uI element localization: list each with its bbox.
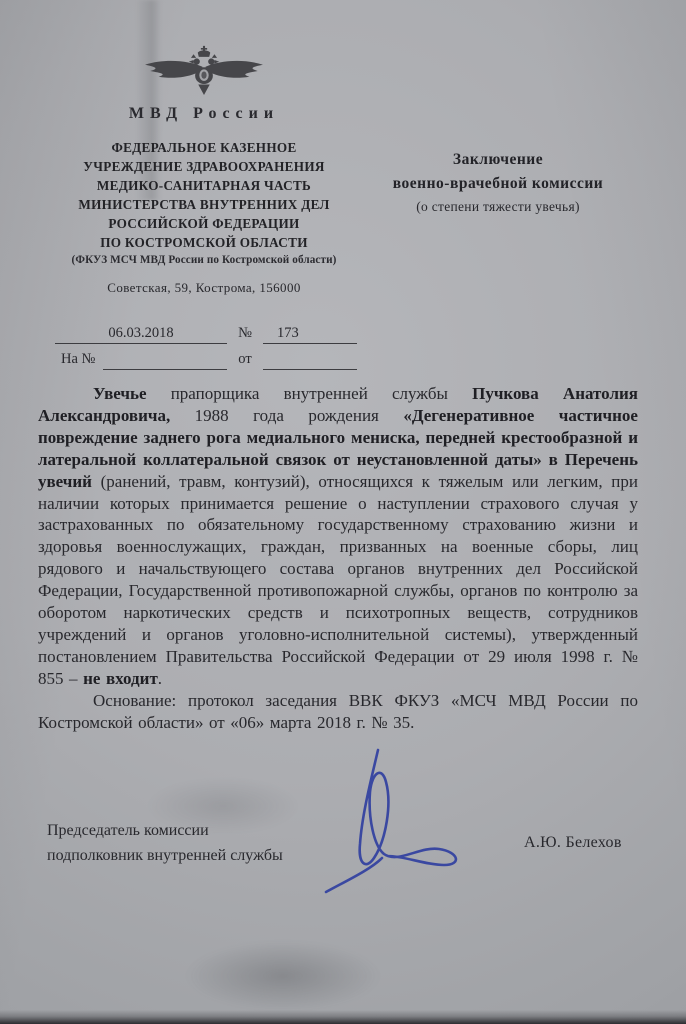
doc-number: 173 <box>277 325 299 341</box>
org-name-line: ФЕДЕРАЛЬНОЕ КАЗЕННОЕ <box>25 138 383 157</box>
org-name-line: ПО КОСТРОМСКОЙ ОБЛАСТИ <box>25 233 383 252</box>
doc-title-line2: военно-врачебной комиссии <box>378 172 618 196</box>
incoming-number-field <box>103 369 227 370</box>
reference-block: 06.03.2018 № 173 На № от <box>55 318 357 370</box>
doc-title-block: Заключение военно-врачебной комиссии (о … <box>378 148 618 215</box>
text-segment: . <box>158 669 162 688</box>
basis-paragraph: Основание: протокол заседания ВВК ФКУЗ «… <box>38 690 638 734</box>
doc-date: 06.03.2018 <box>108 325 173 341</box>
org-name-line: УЧРЕЖДЕНИЕ ЗДРАВООХРАНЕНИЯ <box>25 157 383 176</box>
signer-role-block: Председатель комиссии подполковник внутр… <box>47 819 283 868</box>
org-name-line: МИНИСТЕРСТВА ВНУТРЕННИХ ДЕЛ <box>25 195 383 214</box>
doc-date-field: 06.03.2018 <box>55 325 227 344</box>
text-segment: не входит <box>83 669 158 688</box>
letterhead-left-column: МВД России ФЕДЕРАЛЬНОЕ КАЗЕННОЕ УЧРЕЖДЕН… <box>25 44 383 296</box>
number-sign-label: № <box>227 325 263 344</box>
incoming-number-group: На № <box>55 351 227 370</box>
mvd-eagle-emblem-icon <box>144 44 264 100</box>
doc-title-line3: (о степени тяжести увечья) <box>378 199 618 215</box>
reference-row-incoming: На № от <box>55 344 357 370</box>
org-name: ФЕДЕРАЛЬНОЕ КАЗЕННОЕ УЧРЕЖДЕНИЕ ЗДРАВООХ… <box>25 138 383 252</box>
handwritten-signature-icon <box>322 746 487 898</box>
text-segment: 1988 года рождения <box>170 406 403 425</box>
doc-title-line1: Заключение <box>378 148 618 172</box>
incoming-date-field <box>263 368 357 370</box>
text-segment: прапорщика внутренней службы <box>147 384 473 403</box>
signer-role-line2: подполковник внутренней службы <box>47 844 283 869</box>
document-photo: МВД России ФЕДЕРАЛЬНОЕ КАЗЕННОЕ УЧРЕЖДЕН… <box>0 0 686 1024</box>
text-segment: Основание: протокол заседания ВВК ФКУЗ «… <box>38 691 638 732</box>
text-segment: Увечье <box>93 384 147 403</box>
injury-conclusion-paragraph: Увечье прапорщика внутренней службы Пучк… <box>38 383 638 690</box>
org-name-line: РОССИЙСКОЙ ФЕДЕРАЦИИ <box>25 214 383 233</box>
text-segment: (ранений, травм, контузий), относящихся … <box>38 472 638 688</box>
mvd-rossii-label: МВД России <box>25 105 383 123</box>
signer-role-line1: Председатель комиссии <box>47 819 283 844</box>
org-short-name: (ФКУЗ МСЧ МВД России по Костромской обла… <box>25 254 383 266</box>
document-body: Увечье прапорщика внутренней службы Пучк… <box>38 383 638 734</box>
incoming-number-label: На № <box>55 351 103 370</box>
signer-name: А.Ю. Белехов <box>524 834 622 852</box>
org-address: Советская, 59, Кострома, 156000 <box>25 280 383 296</box>
doc-number-field: 173 <box>263 325 357 344</box>
reference-row-outgoing: 06.03.2018 № 173 <box>55 318 357 344</box>
org-name-line: МЕДИКО-САНИТАРНАЯ ЧАСТЬ <box>25 176 383 195</box>
from-label: от <box>227 351 263 370</box>
photo-bottom-edge <box>0 1010 686 1024</box>
